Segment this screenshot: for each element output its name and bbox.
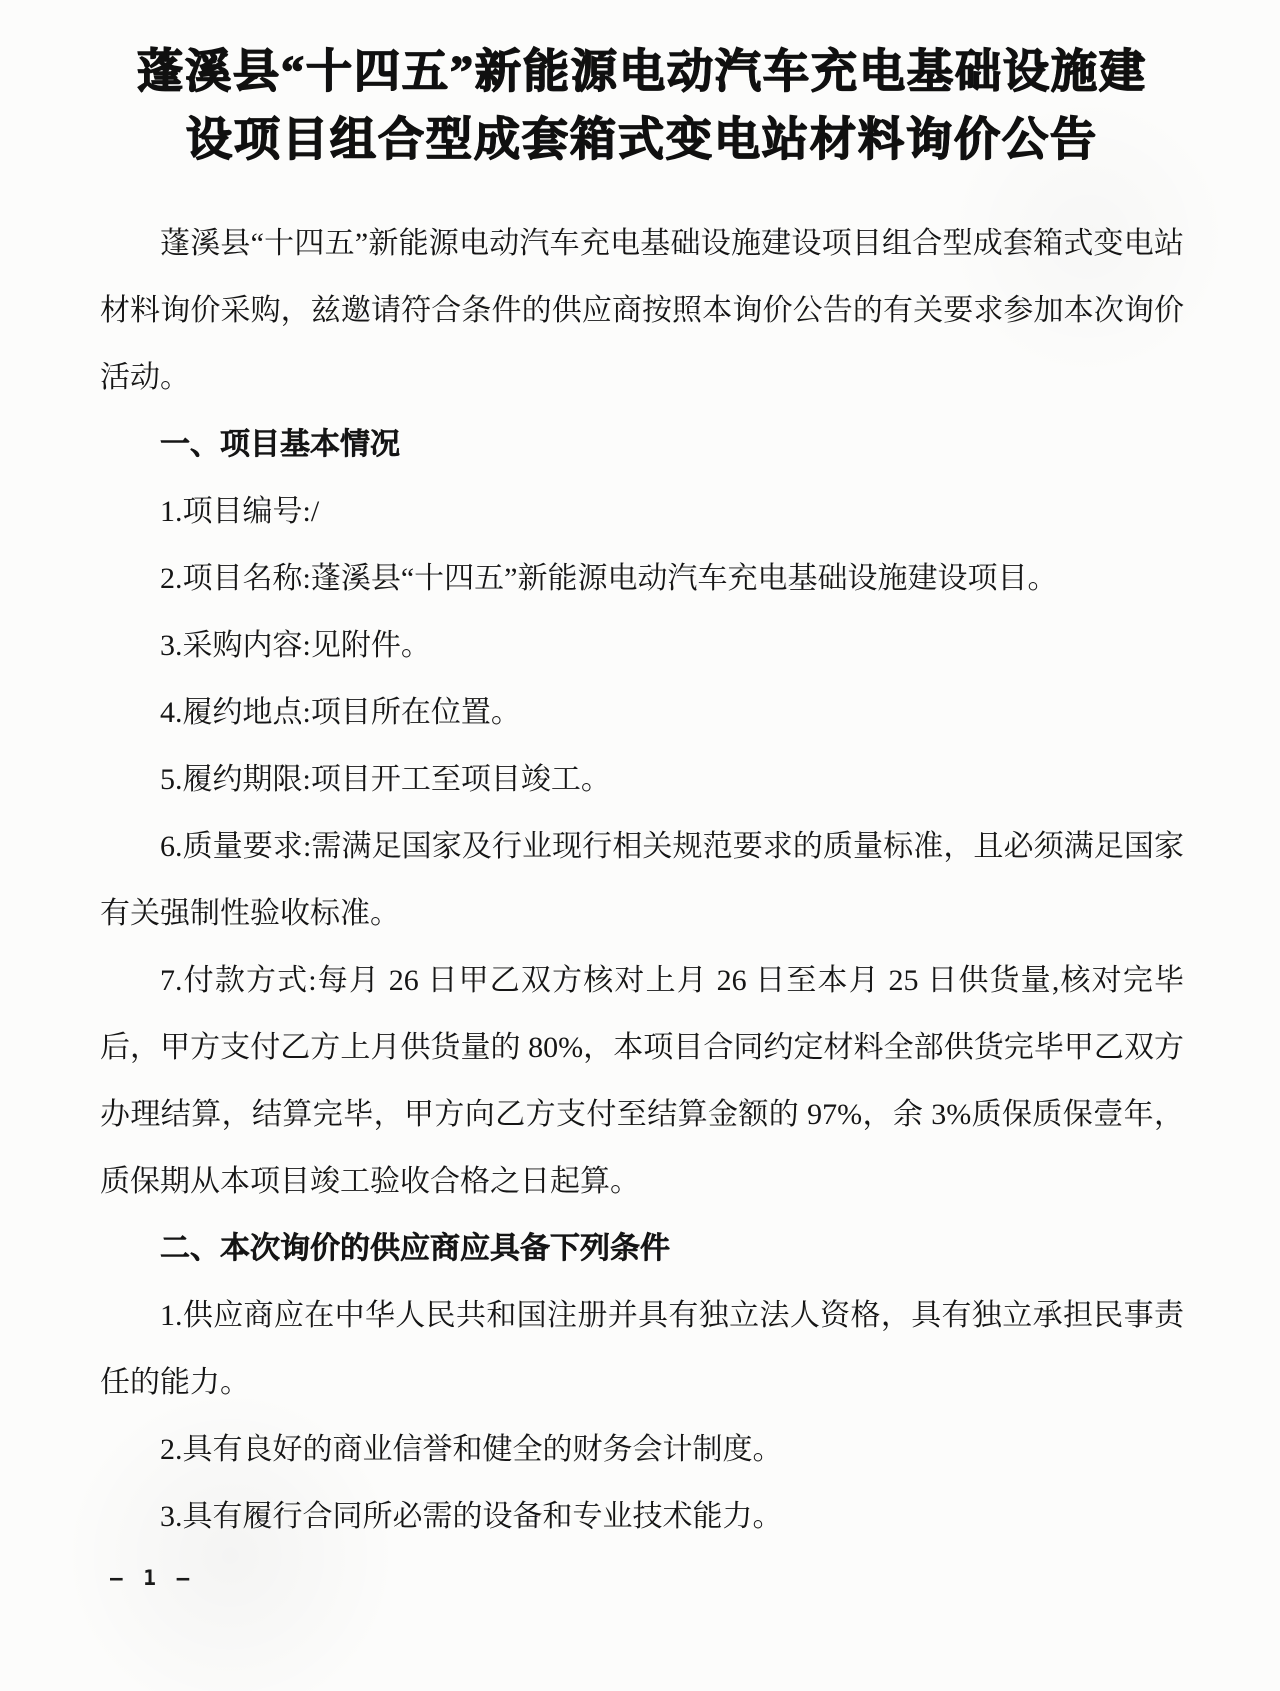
section2-item-1: 1.供应商应在中华人民共和国注册并具有独立法人资格，具有独立承担民事责任的能力。 [100, 1282, 1184, 1416]
document-title: 蓬溪县“十四五”新能源电动汽车充电基础设施建 设项目组合型成套箱式变电站材料询价… [100, 38, 1184, 174]
section1-item-4: 4.履约地点:项目所在位置。 [100, 679, 1184, 746]
section1-item-2: 2.项目名称:蓬溪县“十四五”新能源电动汽车充电基础设施建设项目。 [100, 545, 1184, 612]
section2-item-2: 2.具有良好的商业信誉和健全的财务会计制度。 [100, 1416, 1184, 1483]
section2-heading: 二、本次询价的供应商应具备下列条件 [100, 1215, 1184, 1282]
intro-paragraph: 蓬溪县“十四五”新能源电动汽车充电基础设施建设项目组合型成套箱式变电站材料询价采… [100, 210, 1184, 411]
section1-item-5: 5.履约期限:项目开工至项目竣工。 [100, 746, 1184, 813]
section1-heading: 一、项目基本情况 [100, 411, 1184, 478]
section1-item-6: 6.质量要求:需满足国家及行业现行相关规范要求的质量标准，且必须满足国家有关强制… [100, 813, 1184, 947]
document-title-line-2: 设项目组合型成套箱式变电站材料询价公告 [100, 106, 1184, 174]
footer-page-number: — 1 — [110, 1566, 193, 1590]
section1-item-3: 3.采购内容:见附件。 [100, 612, 1184, 679]
document-page: 蓬溪县“十四五”新能源电动汽车充电基础设施建 设项目组合型成套箱式变电站材料询价… [0, 0, 1280, 1691]
section1-item-1: 1.项目编号:/ [100, 478, 1184, 545]
section2-item-3: 3.具有履行合同所必需的设备和专业技术能力。 [100, 1483, 1184, 1550]
document-body: 蓬溪县“十四五”新能源电动汽车充电基础设施建设项目组合型成套箱式变电站材料询价采… [100, 210, 1184, 1550]
document-title-line-1: 蓬溪县“十四五”新能源电动汽车充电基础设施建 [100, 38, 1184, 106]
section1-item-7: 7.付款方式:每月 26 日甲乙双方核对上月 26 日至本月 25 日供货量,核… [100, 947, 1184, 1215]
